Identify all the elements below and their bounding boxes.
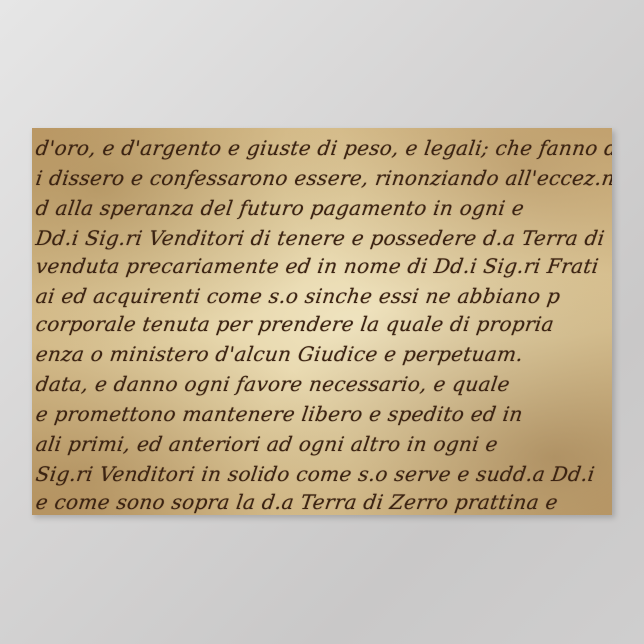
manuscript-line: ai ed acquirenti come s.o sinche essi ne…	[34, 284, 562, 308]
manuscript-poster: d'oro, e d'argento e giuste di peso, e l…	[32, 128, 612, 515]
manuscript-line: d'oro, e d'argento e giuste di peso, e l…	[34, 136, 612, 160]
manuscript-line: Sig.ri Venditori in solido come s.o serv…	[34, 462, 596, 486]
manuscript-line: enza o ministero d'alcun Giudice e perpe…	[34, 342, 525, 366]
manuscript-line: i dissero e confessarono essere, rinonzi…	[34, 166, 612, 190]
manuscript-line: e come sono sopra la d.a Terra di Zerro …	[34, 490, 559, 514]
manuscript-line: data, e danno ogni favore necessario, e …	[34, 372, 511, 396]
manuscript-line: ali primi, ed anteriori ad ogni altro in…	[34, 432, 499, 456]
manuscript-line: venduta precariamente ed in nome di Dd.i…	[34, 254, 600, 278]
manuscript-line: corporale tenuta per prendere la quale d…	[34, 312, 555, 336]
manuscript-line: Dd.i Sig.ri Venditori di tenere e possed…	[34, 226, 606, 250]
manuscript-line: e promettono mantenere libero e spedito …	[34, 402, 524, 426]
manuscript-line: d alla speranza del futuro pagamento in …	[34, 196, 525, 220]
